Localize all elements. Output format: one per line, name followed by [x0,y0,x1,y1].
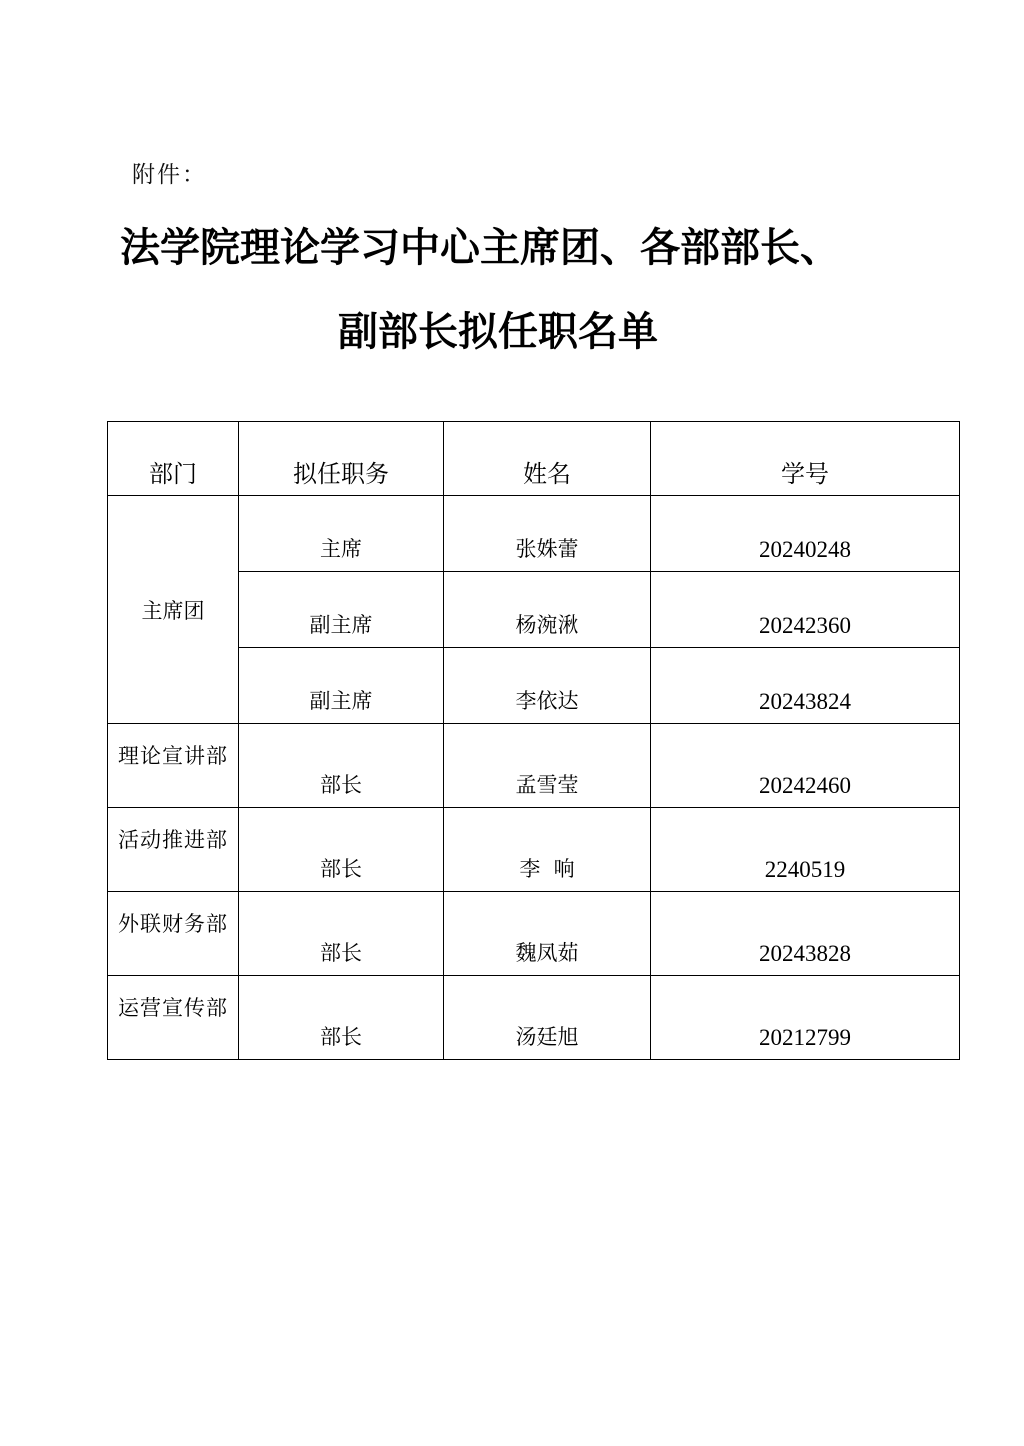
name-cell: 孟雪莹 [444,724,651,808]
position-cell: 部长 [239,724,444,808]
department-cell: 主席团 [108,496,239,724]
header-name: 姓名 [444,422,651,496]
table-row: 主席团 主席 张姝蕾 20240248 [108,496,960,572]
name-cell: 李依达 [444,648,651,724]
table-header-row: 部门 拟任职务 姓名 学号 [108,422,960,496]
department-cell: 活动推进部 [108,808,239,892]
document-title-line-2: 副部长拟任职名单 [338,300,658,357]
position-cell: 部长 [239,892,444,976]
header-student-id: 学号 [651,422,960,496]
position-cell: 副主席 [239,572,444,648]
position-cell: 部长 [239,976,444,1060]
name-cell: 李 响 [444,808,651,892]
table-row: 活动推进部 部长 李 响 2240519 [108,808,960,892]
table-row: 运营宣传部 部长 汤廷旭 20212799 [108,976,960,1060]
department-cell: 外联财务部 [108,892,239,976]
header-department: 部门 [108,422,239,496]
position-cell: 部长 [239,808,444,892]
student-id-cell: 20240248 [651,496,960,572]
name-cell: 张姝蕾 [444,496,651,572]
department-cell: 理论宣讲部 [108,724,239,808]
name-cell: 杨涴湫 [444,572,651,648]
student-id-cell: 20243824 [651,648,960,724]
attachment-label: 附件： [132,156,207,189]
name-cell: 魏凤茹 [444,892,651,976]
appointment-table: 部门 拟任职务 姓名 学号 主席团 主席 张姝蕾 20240248 副主席 杨涴… [107,421,960,1060]
position-cell: 副主席 [239,648,444,724]
student-id-cell: 2240519 [651,808,960,892]
header-position: 拟任职务 [239,422,444,496]
student-id-cell: 20212799 [651,976,960,1060]
student-id-cell: 20242360 [651,572,960,648]
student-id-cell: 20242460 [651,724,960,808]
table-row: 理论宣讲部 部长 孟雪莹 20242460 [108,724,960,808]
student-id-cell: 20243828 [651,892,960,976]
table-row: 外联财务部 部长 魏凤茹 20243828 [108,892,960,976]
name-cell: 汤廷旭 [444,976,651,1060]
department-cell: 运营宣传部 [108,976,239,1060]
document-title-line-1: 法学院理论学习中心主席团、各部部长、 [120,216,840,273]
position-cell: 主席 [239,496,444,572]
